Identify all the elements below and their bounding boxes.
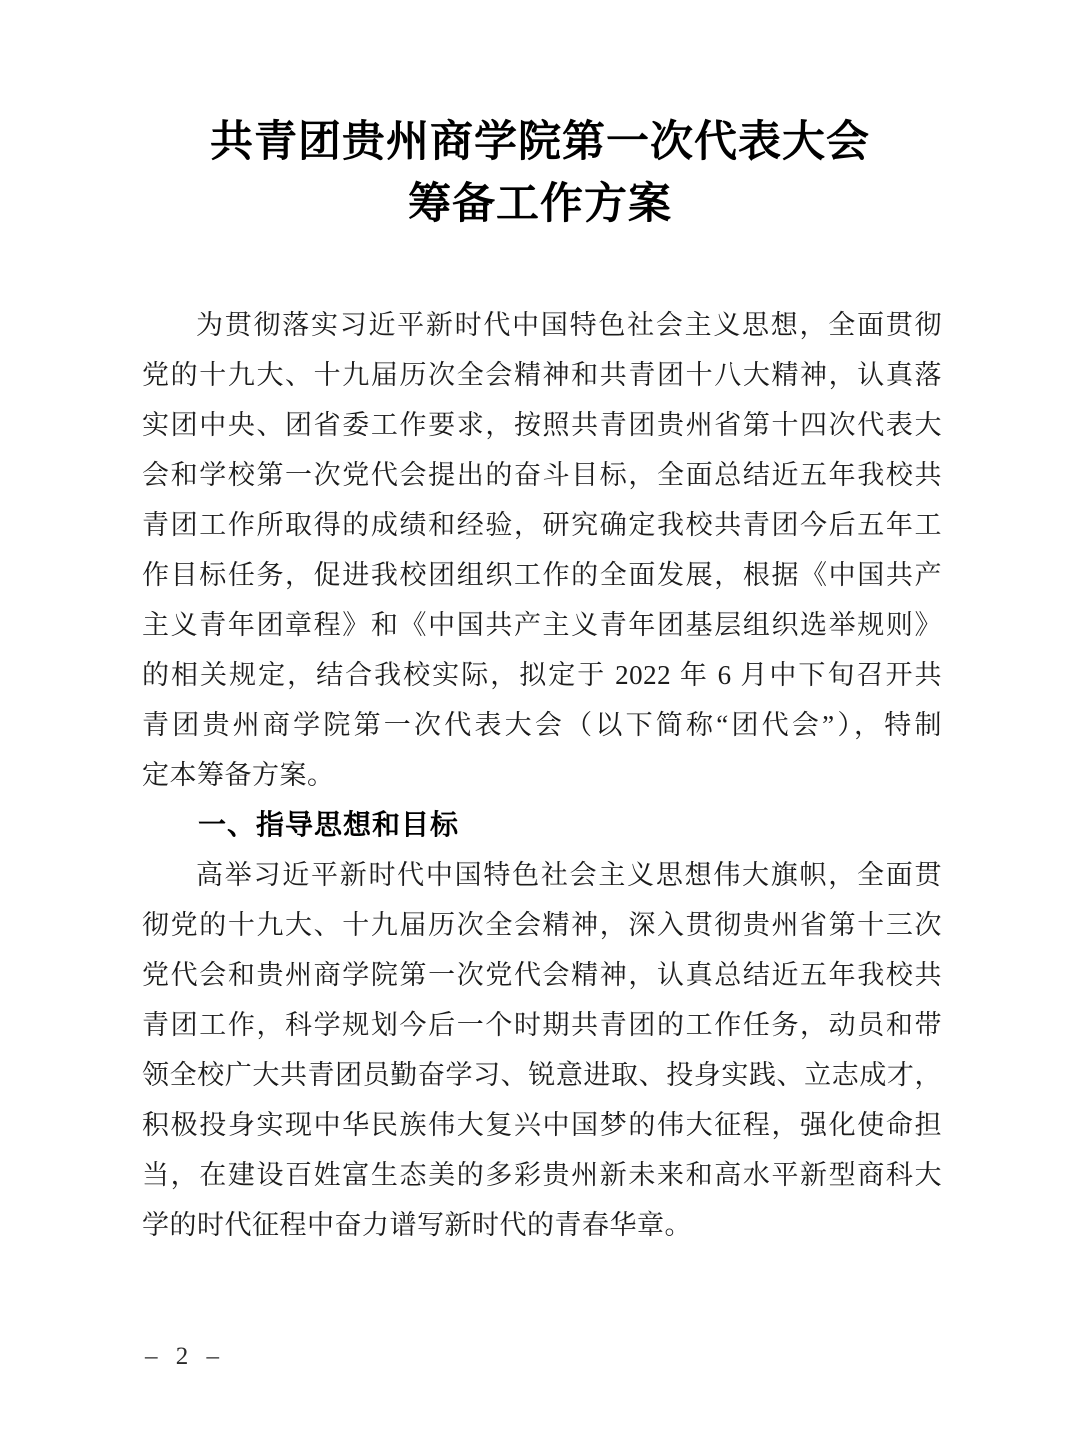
paragraph-2: 高举习近平新时代中国特色社会主义思想伟大旗帜，全面贯 彻党的十九大、十九届历次全…: [142, 850, 942, 1250]
page-number: – 2 –: [145, 1340, 225, 1374]
document-page: 共青团贵州商学院第一次代表大会 筹备工作方案 为贯彻落实习近平新时代中国特色社会…: [0, 0, 1080, 1435]
body-line: 当，在建设百姓富生态美的多彩贵州新未来和高水平新型商科大: [142, 1150, 942, 1200]
body-line: 会和学校第一次党代会提出的奋斗目标，全面总结近五年我校共: [142, 450, 942, 500]
body-line: 定本筹备方案。: [142, 750, 942, 800]
body-line: 高举习近平新时代中国特色社会主义思想伟大旗帜，全面贯: [142, 850, 942, 900]
body-line: 青团工作所取得的成绩和经验，研究确定我校共青团今后五年工: [142, 500, 942, 550]
body-line: 领全校广大共青团员勤奋学习、锐意进取、投身实践、立志成才，: [142, 1050, 942, 1100]
body-line: 彻党的十九大、十九届历次全会精神，深入贯彻贵州省第十三次: [142, 900, 942, 950]
title-line-1: 共青团贵州商学院第一次代表大会: [0, 112, 1080, 174]
body-line: 青团贵州商学院第一次代表大会（以下简称“团代会”），特制: [142, 700, 942, 750]
paragraph-1: 为贯彻落实习近平新时代中国特色社会主义思想，全面贯彻 党的十九大、十九届历次全会…: [142, 300, 942, 800]
body-line: 的相关规定，结合我校实际，拟定于 2022 年 6 月中下旬召开共: [142, 650, 942, 700]
body-line: 为贯彻落实习近平新时代中国特色社会主义思想，全面贯彻: [142, 300, 942, 350]
body-line: 作目标任务，促进我校团组织工作的全面发展，根据《中国共产: [142, 550, 942, 600]
body-line: 学的时代征程中奋力谱写新时代的青春华章。: [142, 1200, 942, 1250]
body-line: 党代会和贵州商学院第一次党代会精神，认真总结近五年我校共: [142, 950, 942, 1000]
title-line-2: 筹备工作方案: [0, 174, 1080, 236]
body-line: 主义青年团章程》和《中国共产主义青年团基层组织选举规则》: [142, 600, 942, 650]
body-line: 党的十九大、十九届历次全会精神和共青团十八大精神，认真落: [142, 350, 942, 400]
body-line: 青团工作，科学规划今后一个时期共青团的工作任务，动员和带: [142, 1000, 942, 1050]
body-line: 积极投身实现中华民族伟大复兴中国梦的伟大征程，强化使命担: [142, 1100, 942, 1150]
document-title: 共青团贵州商学院第一次代表大会 筹备工作方案: [0, 112, 1080, 236]
document-body: 为贯彻落实习近平新时代中国特色社会主义思想，全面贯彻 党的十九大、十九届历次全会…: [142, 300, 942, 1250]
body-line: 实团中央、团省委工作要求，按照共青团贵州省第十四次代表大: [142, 400, 942, 450]
section-heading-1: 一、指导思想和目标: [142, 800, 942, 850]
